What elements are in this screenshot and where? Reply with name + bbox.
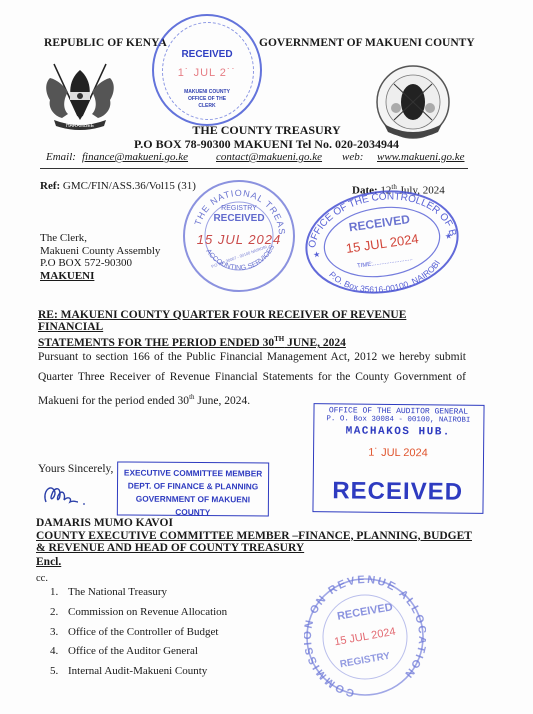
ref-value: GMC/FIN/ASS.36/Vol15 (31) [63, 180, 196, 192]
office-title: THE COUNTY TREASURY [0, 123, 533, 138]
stamp-received-text: RECEIVED [314, 477, 482, 507]
list-item: 1.The National Treasury [50, 586, 227, 606]
executive-member-stamp: EXECUTIVE COMMITTEE MEMBER DEPT. OF FINA… [117, 461, 269, 516]
republic-of-kenya-title: REPUBLIC OF KENYA [44, 37, 167, 49]
letter-body: Pursuant to section 166 of the Public Fi… [38, 347, 466, 411]
website-link[interactable]: www.makueni.go.ke [377, 151, 464, 163]
makueni-government-title: GOVERNMENT OF MAKUENI COUNTY [259, 37, 475, 49]
finance-email-link[interactable]: finance@makueni.go.ke [82, 151, 188, 163]
body-text: June, 2024. [195, 395, 251, 407]
recipient-address: The Clerk, Makueni County Assembly P.O B… [40, 232, 160, 282]
closing: Yours Sincerely, [38, 463, 113, 475]
stamp-line: DEPT. OF FINANCE & PLANNING [118, 479, 268, 493]
stamp-date: 15 JUL 2024 [185, 232, 293, 247]
signer-title-line-2: & REVENUE AND HEAD OF COUNTY TREASURY [36, 542, 472, 555]
list-item: 2.Commission on Revenue Allocation [50, 606, 227, 626]
stamp-received-text: RECEIVED [154, 49, 260, 60]
stamp-line: EXECUTIVE COMMITTEE MEMBER [118, 466, 268, 480]
list-number: 4. [50, 645, 68, 657]
enclosure-label: Encl. [36, 556, 61, 568]
cc-list: 1.The National Treasury 2.Commission on … [50, 586, 227, 685]
list-number: 5. [50, 665, 68, 677]
list-text: Office of the Auditor General [68, 645, 198, 657]
stamp-line: MAKUENI COUNTY [154, 89, 260, 95]
stamp-registry: REGISTRY [185, 205, 293, 212]
recipient-town: MAKUENI [40, 270, 160, 283]
header-divider [40, 168, 468, 169]
list-item: 3.Office of the Controller of Budget [50, 626, 227, 646]
subject-line-1: RE: MAKUENI COUNTY QUARTER FOUR RECEIVER… [38, 309, 466, 333]
list-text: Office of the Controller of Budget [68, 626, 218, 638]
stamp-received-text: RECEIVED [185, 213, 293, 224]
stamp-hub: MACHAKOS HUB. [314, 425, 482, 439]
stamp-date: 1˙ JUL 2˙˙ [154, 67, 260, 79]
list-text: Internal Audit-Makueni County [68, 665, 207, 677]
list-text: The National Treasury [68, 586, 167, 598]
stamp-date: 1˙ JUL 2024 [314, 446, 482, 460]
web-label: web: [342, 151, 363, 163]
subject-sup: TH [274, 335, 284, 343]
signatory: DAMARIS MUMO KAVOI COUNTY EXECUTIVE COMM… [36, 517, 472, 555]
county-assembly-received-stamp: RECEIVED 1˙ JUL 2˙˙ MAKUENI COUNTY OFFIC… [152, 14, 262, 126]
list-item: 5.Internal Audit-Makueni County [50, 665, 227, 685]
letter-subject: RE: MAKUENI COUNTY QUARTER FOUR RECEIVER… [38, 309, 466, 349]
recipient-line: Makueni County Assembly [40, 245, 160, 258]
cc-label: cc. [36, 573, 48, 584]
list-item: 4.Office of the Auditor General [50, 645, 227, 665]
list-number: 2. [50, 606, 68, 618]
contact-email-link[interactable]: contact@makueni.go.ke [216, 151, 322, 163]
list-text: Commission on Revenue Allocation [68, 606, 227, 618]
list-number: 1. [50, 586, 68, 598]
body-text: Pursuant to section 166 of the Public Fi… [38, 351, 466, 407]
auditor-general-received-stamp: OFFICE OF THE AUDITOR GENERAL P. O. Box … [312, 403, 484, 514]
kenya-coat-of-arms-icon: HARAMBEE [40, 58, 120, 133]
signer-title-line-1: COUNTY EXECUTIVE COMMITTEE MEMBER –FINAN… [36, 530, 472, 543]
stamp-line: GOVERNMENT OF MAKUENI COUNTY [118, 492, 268, 519]
list-number: 3. [50, 626, 68, 638]
stamp-line: OFFICE OF THE [154, 96, 260, 102]
reference-number: Ref: GMC/FIN/ASS.36/Vol15 (31) [40, 180, 196, 192]
ref-label: Ref: [40, 180, 60, 192]
signature-icon [40, 480, 90, 510]
recipient-line: The Clerk, [40, 232, 160, 245]
recipient-line: P.O BOX 572-90300 [40, 257, 160, 270]
treasury-address: P.O BOX 78-90300 MAKUENI Tel No. 020-203… [0, 137, 533, 152]
stamp-line: CLERK [154, 103, 260, 109]
revenue-allocation-received-stamp: COMMISSION ON REVENUE ALLOCATION RECEIVE… [304, 575, 426, 701]
controller-of-budget-received-stamp: OFFICE OF THE CONTROLLER OF BUDGET P.O. … [298, 180, 467, 305]
stamp-line: P. O. Box 30084 - 00100, NAIROBI [314, 415, 482, 425]
email-label: Email: [46, 151, 76, 163]
national-treasury-received-stamp: THE NATIONAL TREASURY ACCOUNTING SERVICE… [183, 180, 295, 292]
